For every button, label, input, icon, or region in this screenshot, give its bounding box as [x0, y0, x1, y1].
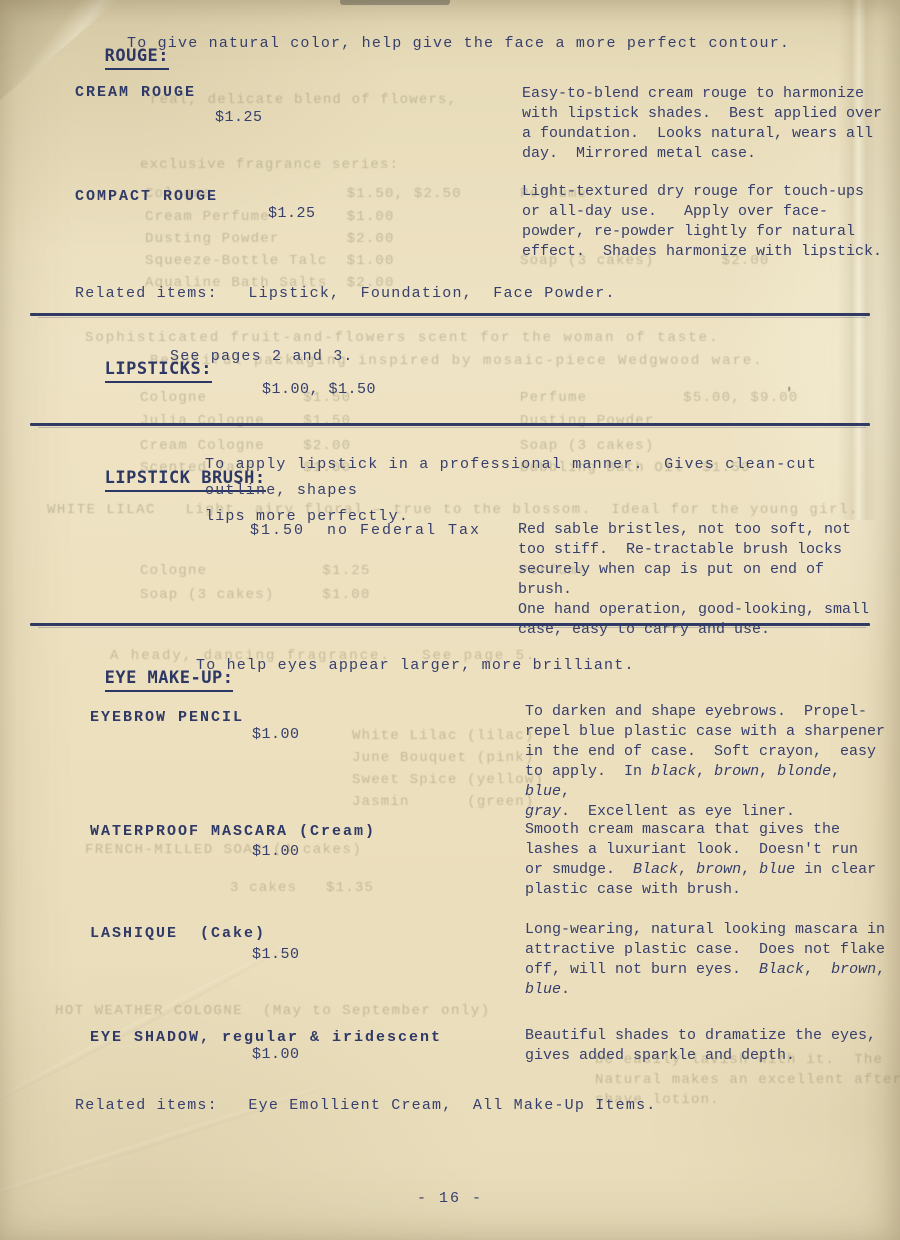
divider-rule — [30, 423, 870, 426]
ghost-line: Sweet Spice (yellow) — [352, 772, 544, 788]
ghost-line: Cologne $1.25 — [140, 563, 370, 579]
product-desc: To darken and shape eyebrows. Propel- re… — [525, 702, 887, 822]
product-name-compact-rouge: COMPACT ROUGE — [75, 188, 218, 205]
product-price: $1.25 — [215, 109, 263, 126]
product-name-lashique: LASHIQUE (Cake) — [90, 925, 266, 942]
product-price: $1.00 — [252, 843, 300, 860]
product-price: $1.00 — [252, 726, 300, 743]
ghost-line: White Lilac (lilac) — [352, 728, 534, 744]
product-desc: Long-wearing, natural looking mascara in… — [525, 920, 887, 1000]
ghost-line: exclusive fragrance series: — [140, 157, 399, 173]
ghost-line: ' — [785, 386, 795, 402]
ghost-line: FRENCH-MILLED SOAP (4 cakes) — [85, 842, 362, 858]
ghost-line: Natural makes an excellent after — [595, 1072, 900, 1088]
product-price: $1.00 — [252, 1046, 300, 1063]
related-items: Related items: Lipstick, Foundation, Fac… — [75, 285, 616, 302]
product-price: $1.50 — [252, 946, 300, 963]
product-name-eyebrow-pencil: EYEBROW PENCIL — [90, 709, 244, 726]
product-desc: Easy-to-blend cream rouge to harmonize w… — [522, 84, 884, 164]
lipstick-brush-intro: To apply lipstick in a professional mann… — [205, 452, 865, 530]
divider-rule — [30, 623, 870, 626]
ghost-line: Soap (3 cakes) $1.00 — [140, 587, 370, 603]
product-name-eye-shadow: EYE SHADOW, regular & iridescent — [90, 1029, 442, 1046]
ghost-line: June Bouquet (pink) — [352, 750, 534, 766]
ghost-line: real, delicate blend of flowers, — [150, 92, 457, 108]
product-name-cream-rouge: CREAM ROUGE — [75, 84, 196, 101]
eye-makeup-intro: To help eyes appear larger, more brillia… — [196, 653, 846, 679]
related-items: Related items: Eye Emollient Cream, All … — [75, 1097, 656, 1114]
product-price: $1.50 no Federal Tax — [250, 522, 481, 539]
ghost-line: Dusting Powder $2.00 — [145, 231, 395, 247]
lipsticks-intro: See pages 2 and 3. — [170, 344, 354, 370]
ghost-line: Jasmin (green) — [352, 794, 534, 810]
product-desc: Red sable bristles, not too soft, not to… — [518, 520, 880, 640]
scan-edge-artifact — [340, 0, 450, 5]
lipsticks-prices: $1.00, $1.50 — [262, 381, 376, 398]
ghost-line: Squeeze-Bottle Talc $1.00 — [145, 253, 395, 269]
product-desc: Beautiful shades to dramatize the eyes, … — [525, 1026, 887, 1066]
divider-rule — [30, 313, 870, 316]
paper-wrinkle — [0, 1075, 351, 1211]
product-price: $1.25 — [268, 205, 316, 222]
ghost-line: Perfume $5.00, $9.00 — [520, 390, 798, 406]
rouge-intro: To give natural color, help give the fac… — [127, 31, 847, 57]
product-desc: Light-textured dry rouge for touch-ups o… — [522, 182, 884, 262]
catalog-page: real, delicate blend of flowers, exclusi… — [0, 0, 900, 1240]
ghost-line: HOT WEATHER COLOGNE (May to September on… — [55, 1003, 491, 1019]
product-desc: Smooth cream mascara that gives the lash… — [525, 820, 887, 900]
ghost-line: 3 cakes $1.35 — [230, 880, 374, 896]
product-name-waterproof-mascara: WATERPROOF MASCARA (Cream) — [90, 823, 376, 840]
page-number: - 16 - — [417, 1190, 483, 1207]
